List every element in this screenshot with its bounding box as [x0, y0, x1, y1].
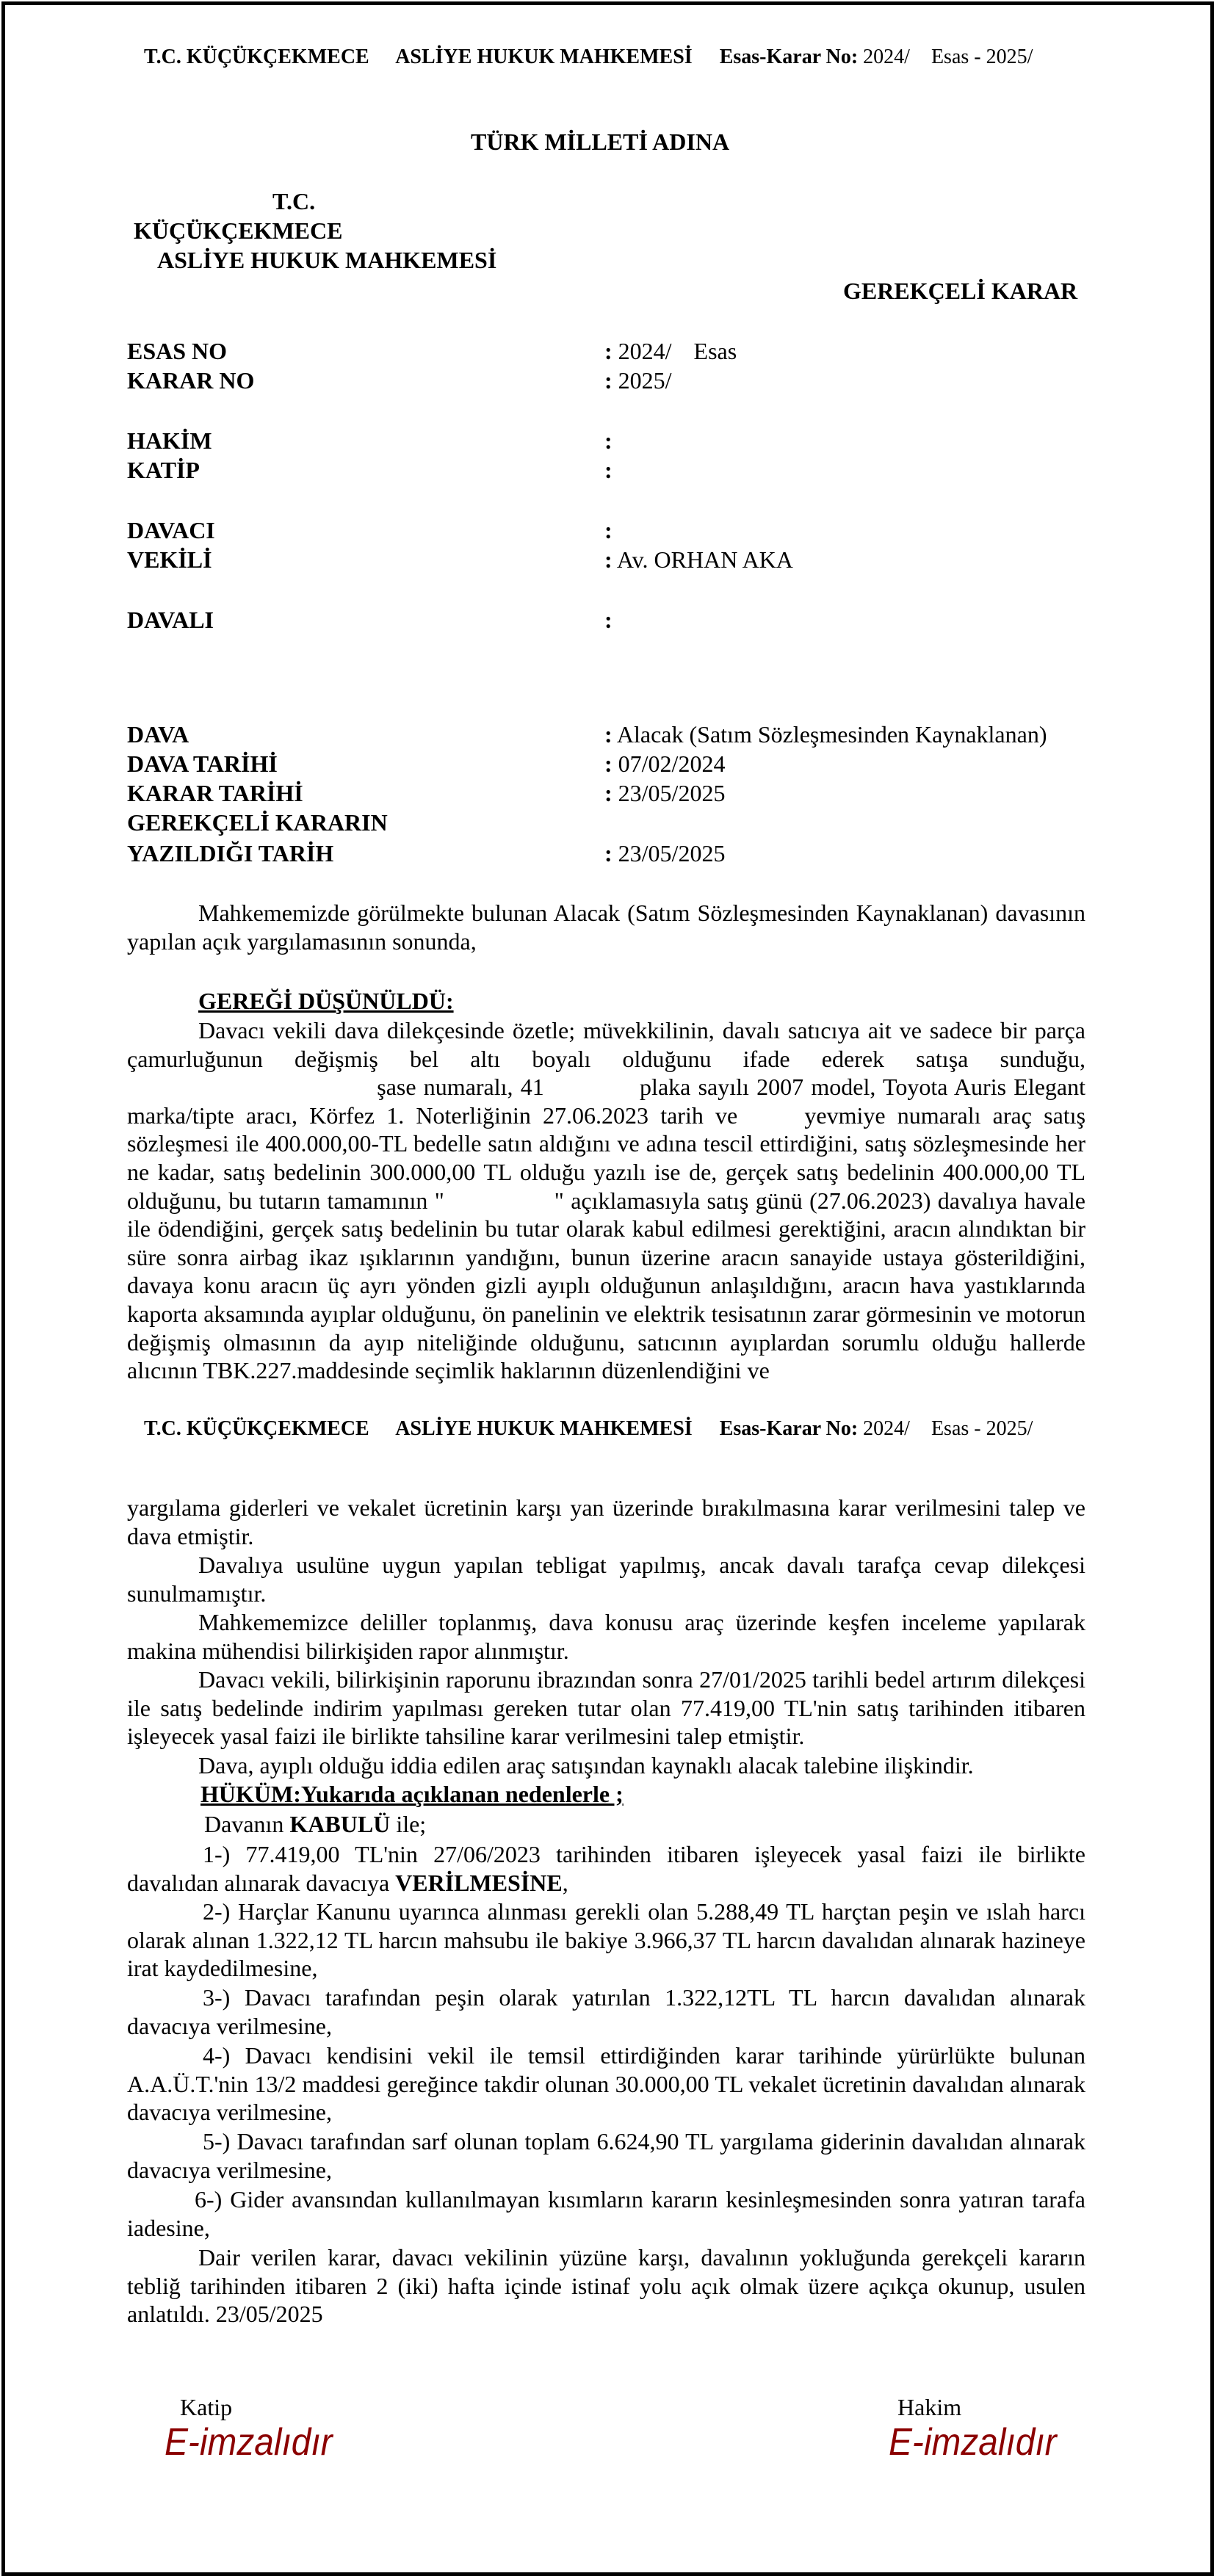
header-court-city: T.C. KÜÇÜKÇEKMECE: [144, 46, 369, 68]
field-label-hakim: HAKİM: [127, 427, 212, 455]
clerk-e-signature-stamp: E-imzalıdır: [165, 2420, 333, 2464]
field-label-katip: KATİP: [127, 457, 200, 484]
field-label-davaci: DAVACI: [127, 517, 215, 544]
field-value-vekili: : Av. ORHAN AKA: [604, 546, 793, 574]
header-case-label: Esas-Karar No:: [720, 1417, 858, 1440]
closing-paragraph: Dair verilen karar, davacı vekilinin yüz…: [127, 2243, 1085, 2329]
case-nature-paragraph: Dava, ayıplı olduğu iddia edilen araç sa…: [127, 1751, 1085, 1780]
acceptance-line: Davanın KABULÜ ile;: [204, 1811, 426, 1838]
field-value-esas-no: : 2024/Esas: [604, 338, 737, 365]
verdict-item-1: 1-) 77.419,00 TL'nin 27/06/2023 tarihind…: [127, 1840, 1085, 1897]
clerk-role-label: Katip: [180, 2394, 232, 2421]
verdict-heading: HÜKÜM:Yukarıda açıklanan nedenlerle ;: [200, 1781, 624, 1808]
verdict-item-5: 5-) Davacı tarafından sarf olunan toplam…: [127, 2127, 1085, 2184]
field-label-vekili: VEKİLİ: [127, 546, 212, 574]
field-value-hakim: :: [604, 427, 613, 455]
field-value-katip: :: [604, 457, 613, 484]
gerekce-heading: GEREĞİ DÜŞÜNÜLDÜ:: [198, 988, 454, 1015]
header-case-esas: 2024/: [863, 46, 910, 68]
verdict-item-2: 2-) Harçlar Kanunu uyarınca alınması ger…: [127, 1897, 1085, 1983]
notification-paragraph: Davalıya usulüne uygun yapılan tebligat …: [127, 1551, 1085, 1607]
field-value-dava: : Alacak (Satım Sözleşmesinden Kaynaklan…: [604, 721, 1047, 748]
header-court-city: T.C. KÜÇÜKÇEKMECE: [144, 1417, 369, 1440]
court-decision-document: T.C. KÜÇÜKÇEKMECE ASLİYE HUKUK MAHKEMESİ…: [0, 0, 1214, 2576]
running-header: T.C. KÜÇÜKÇEKMECE ASLİYE HUKUK MAHKEMESİ…: [144, 46, 1033, 69]
field-label-dava-tarihi: DAVA TARİHİ: [127, 750, 278, 778]
decision-type: GEREKÇELİ KARAR: [843, 278, 1077, 305]
evidence-paragraph: Mahkememizce deliller toplanmış, dava ko…: [127, 1608, 1085, 1665]
field-value-karar-tarihi: : 23/05/2025: [604, 780, 725, 807]
document-title: TÜRK MİLLETİ ADINA: [471, 129, 729, 156]
header-case-esas: 2024/: [863, 1417, 910, 1440]
judge-e-signature-stamp: E-imzalıdır: [889, 2420, 1057, 2464]
header-case-karar: Esas - 2025/: [931, 1417, 1033, 1440]
court-block-city: KÜÇÜKÇEKMECE: [134, 217, 342, 245]
header-court-name: ASLİYE HUKUK MAHKEMESİ: [395, 46, 693, 68]
verdict-item-6: 6-) Gider avansından kullanılmayan kısım…: [127, 2185, 1085, 2242]
court-block-court: ASLİYE HUKUK MAHKEMESİ: [157, 247, 496, 274]
field-value-davali: :: [604, 607, 613, 634]
field-value-dava-tarihi: : 07/02/2024: [604, 750, 725, 778]
field-label-karar-tarihi: KARAR TARİHİ: [127, 780, 303, 807]
verdict-item-4: 4-) Davacı kendisini vekil ile temsil et…: [127, 2041, 1085, 2127]
judge-role-label: Hakim: [897, 2394, 961, 2421]
claim-paragraph: Davacı vekili dava dilekçesinde özetle; …: [127, 1016, 1085, 1385]
field-value-davaci: :: [604, 517, 613, 544]
price-increase-paragraph: Davacı vekili, bilirkişinin raporunu ibr…: [127, 1665, 1085, 1751]
field-label-gerekceli-kararin: GEREKÇELİ KARARIN: [127, 809, 388, 836]
field-value-karar-no: : 2025/: [604, 367, 672, 394]
field-label-dava: DAVA: [127, 721, 189, 748]
field-label-esas-no: ESAS NO: [127, 338, 227, 365]
field-label-karar-no: KARAR NO: [127, 367, 254, 394]
header-court-name: ASLİYE HUKUK MAHKEMESİ: [395, 1417, 693, 1440]
court-block-tc: T.C.: [272, 188, 315, 215]
field-value-yazildigi-tarih: : 23/05/2025: [604, 840, 725, 867]
intro-paragraph: Mahkememizde görülmekte bulunan Alacak (…: [127, 899, 1085, 955]
header-case-label: Esas-Karar No:: [720, 46, 858, 68]
running-header-page-2: T.C. KÜÇÜKÇEKMECE ASLİYE HUKUK MAHKEMESİ…: [144, 1417, 1033, 1441]
field-label-yazildigi-tarih: YAZILDIĞI TARİH: [127, 840, 333, 867]
field-label-davali: DAVALI: [127, 607, 214, 634]
claim-continuation: yargılama giderleri ve vekalet ücretinin…: [127, 1494, 1085, 1550]
header-case-karar: Esas - 2025/: [931, 46, 1033, 68]
verdict-item-3: 3-) Davacı tarafından peşin olarak yatır…: [127, 1983, 1085, 2040]
